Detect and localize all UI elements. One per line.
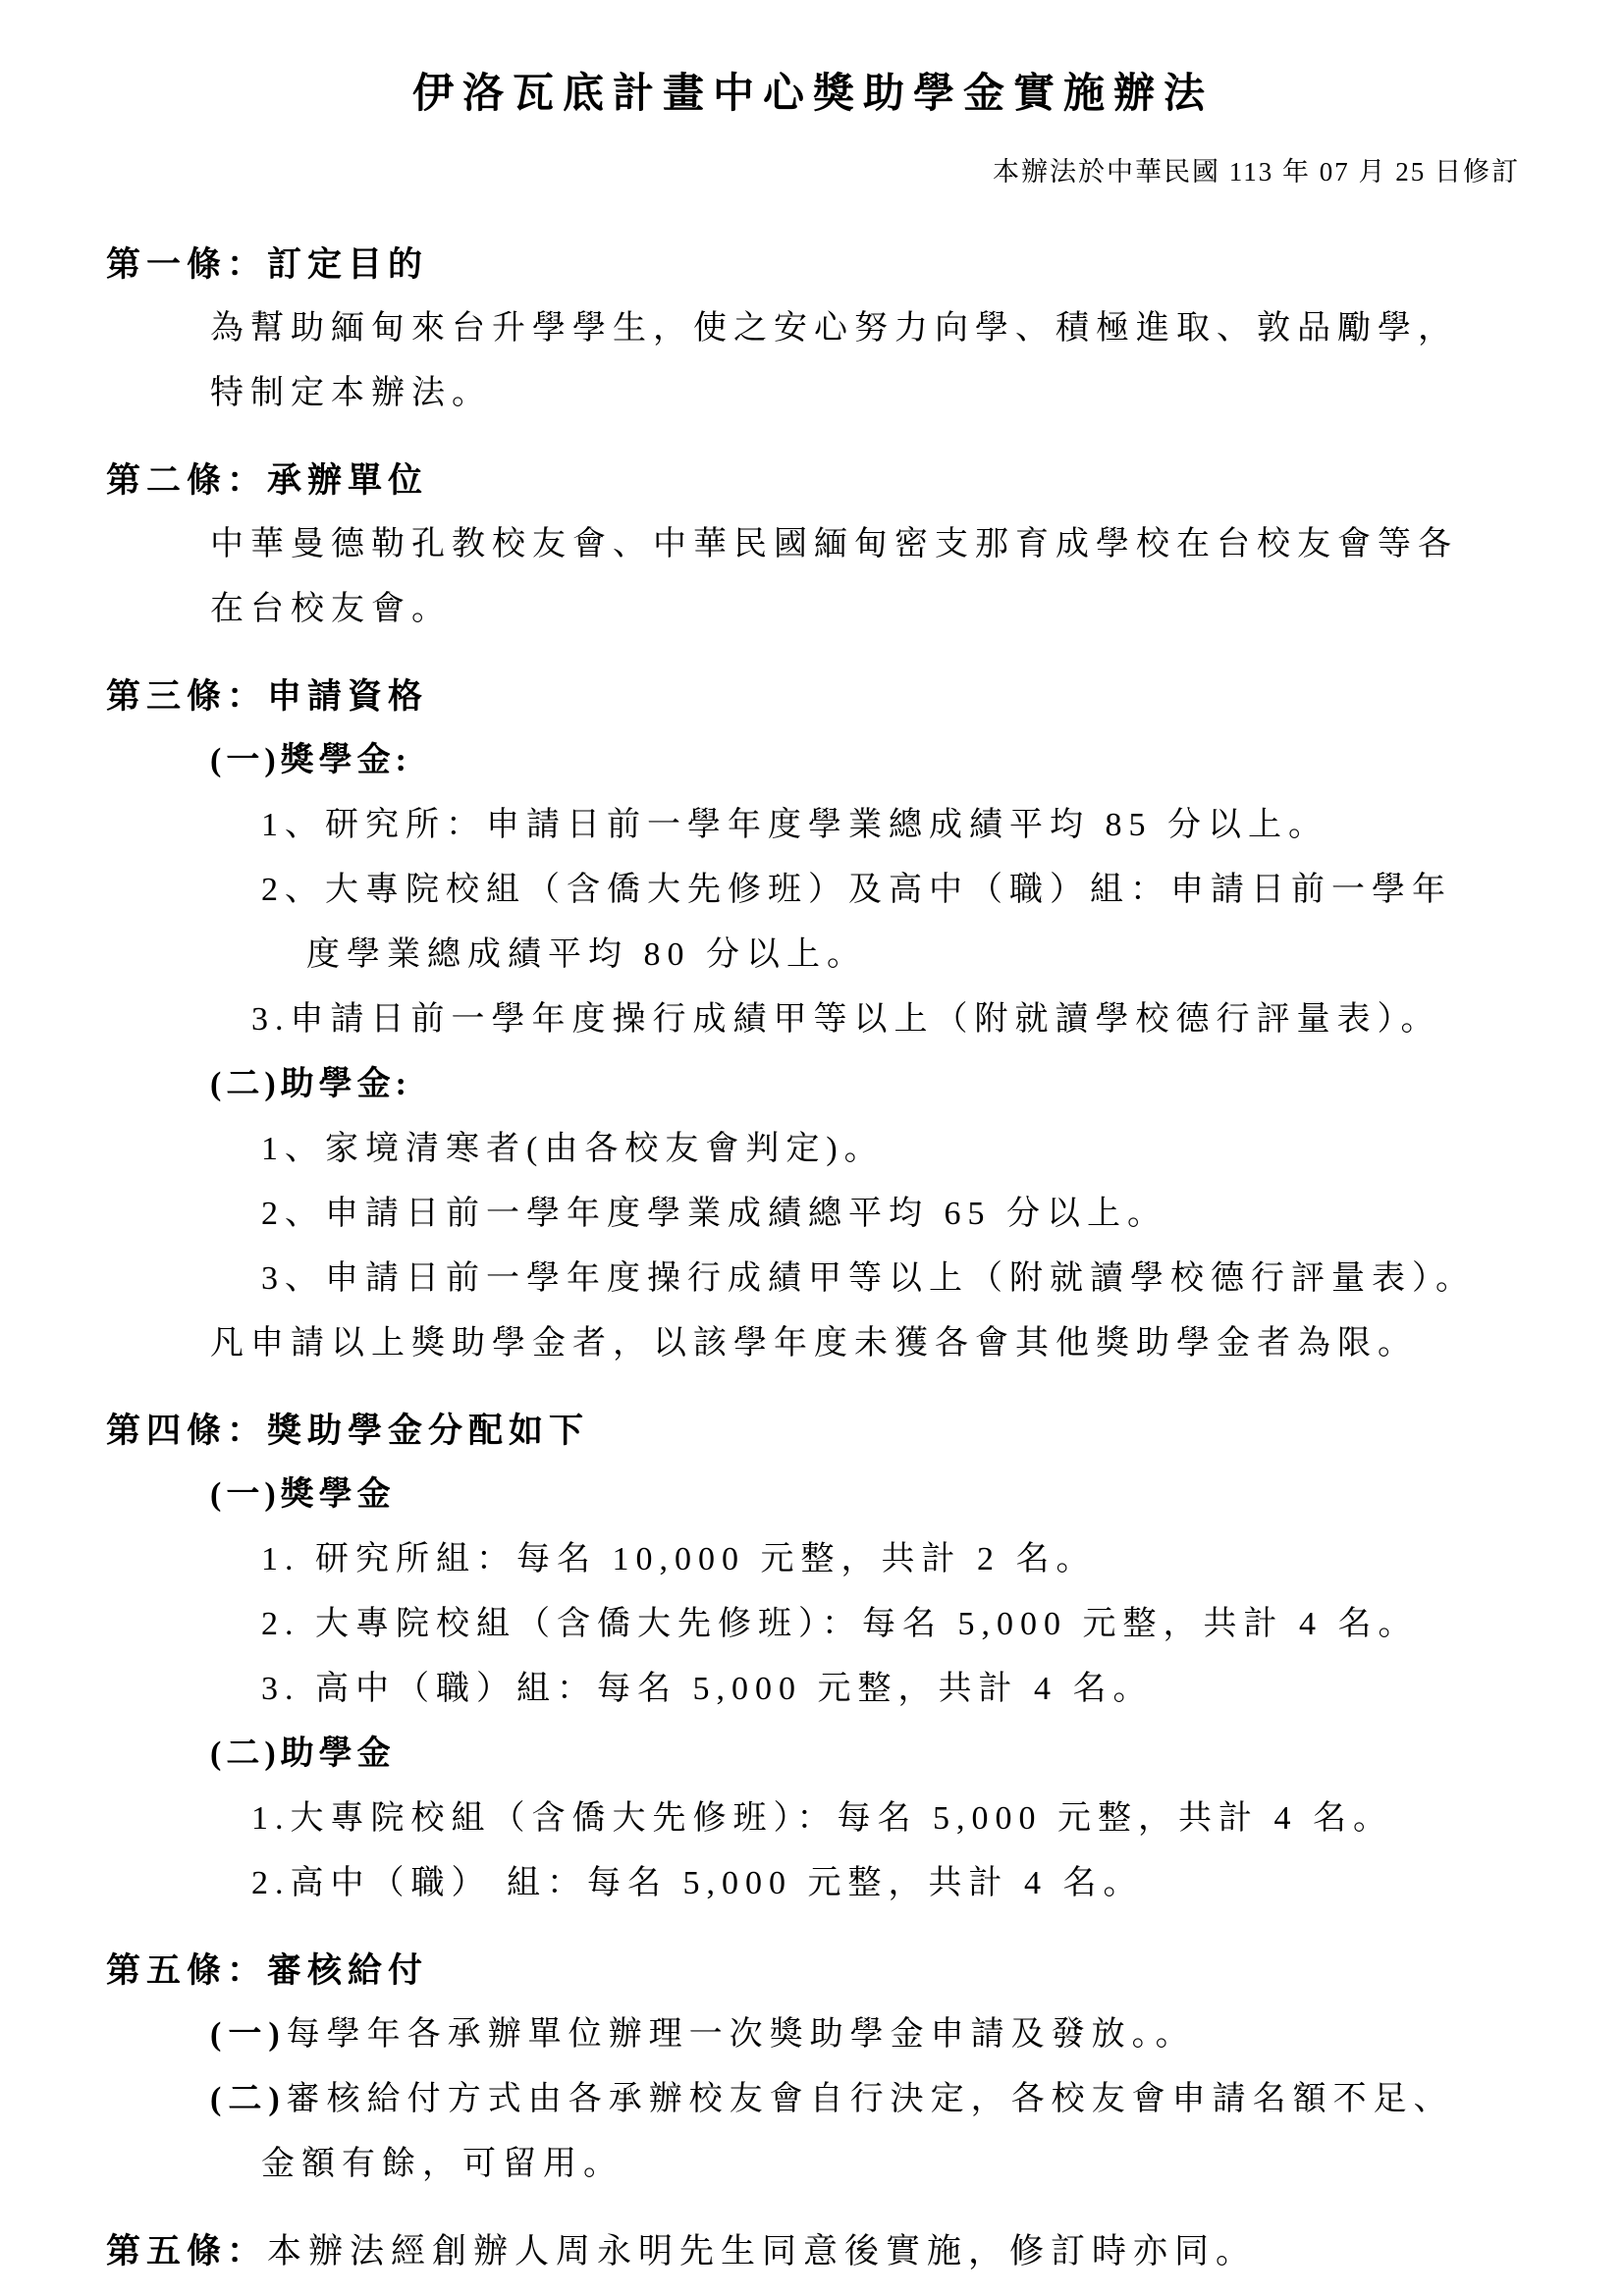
article-5-heading: 第五條：審核給付 [106, 1940, 1520, 2002]
revision-note: 本辦法於中華民國 113 年 07 月 25 日修訂 [106, 155, 1520, 188]
article-2: 第二條：承辦單位 中華曼德勒孔教校友會、中華民國緬甸密支那育成學校在台校友會等各… [106, 450, 1520, 642]
article-4-sub1-item-3: 3. 高中（職）組：每名 5,000 元整，共計 4 名。 [106, 1657, 1520, 1722]
article-4-subsection-2-heading: (二)助學金 [106, 1722, 1520, 1787]
article-3-title: 申請資格 [267, 677, 428, 716]
document-page: 伊洛瓦底計畫中心獎助學金實施辦法 本辦法於中華民國 113 年 07 月 25 … [0, 0, 1624, 2296]
article-1-line-2: 特制定本辦法。 [106, 361, 1520, 426]
article-2-label: 第二條： [106, 461, 267, 500]
article-3: 第三條：申請資格 (一)獎學金: 1、研究所：申請日前一學年度學業總成績平均 8… [106, 666, 1520, 1376]
article-5-item-2-marker: (二) [210, 2081, 287, 2117]
article-6: 第五條：本辦法經創辦人周永明先生同意後實施，修訂時亦同。 [106, 2220, 1520, 2283]
article-5-title: 審核給付 [267, 1951, 428, 1990]
article-4-heading: 第四條：獎助學金分配如下 [106, 1400, 1520, 1463]
article-5-label: 第五條： [106, 1951, 267, 1990]
article-1-line-1: 為幫助緬甸來台升學學生，使之安心努力向學、積極進取、敦品勵學， [106, 296, 1520, 361]
document-body: 伊洛瓦底計畫中心獎助學金實施辦法 本辦法於中華民國 113 年 07 月 25 … [0, 0, 1624, 2283]
article-2-title: 承辦單位 [267, 461, 428, 500]
article-4-sub1-item-2: 2. 大專院校組（含僑大先修班）：每名 5,000 元整，共計 4 名。 [106, 1592, 1520, 1657]
article-5-item-1: (一)每學年各承辦單位辦理一次獎助學金申請及發放。。 [106, 2002, 1520, 2067]
article-3-subsection-1-heading: (一)獎學金: [106, 728, 1520, 793]
article-4: 第四條：獎助學金分配如下 (一)獎學金 1. 研究所組：每名 10,000 元整… [106, 1400, 1520, 1916]
article-3-subsection-2-heading: (二)助學金: [106, 1052, 1520, 1117]
article-1-title: 訂定目的 [267, 245, 428, 284]
article-4-subsection-1-heading: (一)獎學金 [106, 1463, 1520, 1527]
article-3-sub1-item-2: 2、大專院校組（含僑大先修班）及高中（職）組：申請日前一學年 [106, 858, 1520, 923]
article-1: 第一條：訂定目的 為幫助緬甸來台升學學生，使之安心努力向學、積極進取、敦品勵學，… [106, 234, 1520, 426]
article-5-item-2: (二)審核給付方式由各承辦校友會自行決定，各校友會申請名額不足、 [106, 2067, 1520, 2132]
article-3-sub2-item-1: 1、家境清寒者(由各校友會判定)。 [106, 1117, 1520, 1182]
article-4-title: 獎助學金分配如下 [267, 1412, 589, 1450]
article-3-sub1-item-2-continuation: 度學業總成績平均 80 分以上。 [106, 923, 1520, 988]
article-1-label: 第一條： [106, 245, 267, 284]
article-3-sub2-item-3: 3、申請日前一學年度操行成績甲等以上（附就讀學校德行評量表）。 [106, 1247, 1520, 1311]
article-3-note: 凡申請以上獎助學金者，以該學年度未獲各會其他獎助學金者為限。 [106, 1311, 1520, 1376]
article-5: 第五條：審核給付 (一)每學年各承辦單位辦理一次獎助學金申請及發放。。 (二)審… [106, 1940, 1520, 2197]
article-4-sub2-item-1: 1.大專院校組（含僑大先修班）：每名 5,000 元整，共計 4 名。 [106, 1787, 1520, 1851]
article-5-item-1-marker: (一) [210, 2016, 287, 2053]
article-6-label: 第五條： [106, 2232, 267, 2270]
page-title: 伊洛瓦底計畫中心獎助學金實施辦法 [106, 69, 1520, 120]
article-4-sub2-item-2: 2.高中（職） 組：每名 5,000 元整，共計 4 名。 [106, 1851, 1520, 1916]
article-4-label: 第四條： [106, 1412, 267, 1450]
article-3-sub1-item-1: 1、研究所：申請日前一學年度學業總成績平均 85 分以上。 [106, 793, 1520, 858]
article-5-item-2-text: 審核給付方式由各承辦校友會自行決定，各校友會申請名額不足、 [287, 2081, 1454, 2117]
article-4-sub1-item-1: 1. 研究所組：每名 10,000 元整，共計 2 名。 [106, 1527, 1520, 1592]
article-2-line-2: 在台校友會。 [106, 577, 1520, 642]
article-5-item-1-text: 每學年各承辦單位辦理一次獎助學金申請及發放。。 [287, 2016, 1196, 2053]
article-2-heading: 第二條：承辦單位 [106, 450, 1520, 512]
article-3-heading: 第三條：申請資格 [106, 666, 1520, 728]
article-6-heading: 第五條：本辦法經創辦人周永明先生同意後實施，修訂時亦同。 [106, 2220, 1520, 2283]
article-1-heading: 第一條：訂定目的 [106, 234, 1520, 296]
article-5-item-2-continuation: 金額有餘，可留用。 [106, 2132, 1520, 2197]
article-3-label: 第三條： [106, 677, 267, 716]
article-3-sub2-item-2: 2、申請日前一學年度學業成績總平均 65 分以上。 [106, 1182, 1520, 1247]
article-3-sub1-item-3: 3.申請日前一學年度操行成績甲等以上（附就讀學校德行評量表）。 [106, 988, 1520, 1052]
article-6-text: 本辦法經創辦人周永明先生同意後實施，修訂時亦同。 [267, 2232, 1257, 2270]
article-2-line-1: 中華曼德勒孔教校友會、中華民國緬甸密支那育成學校在台校友會等各 [106, 512, 1520, 577]
